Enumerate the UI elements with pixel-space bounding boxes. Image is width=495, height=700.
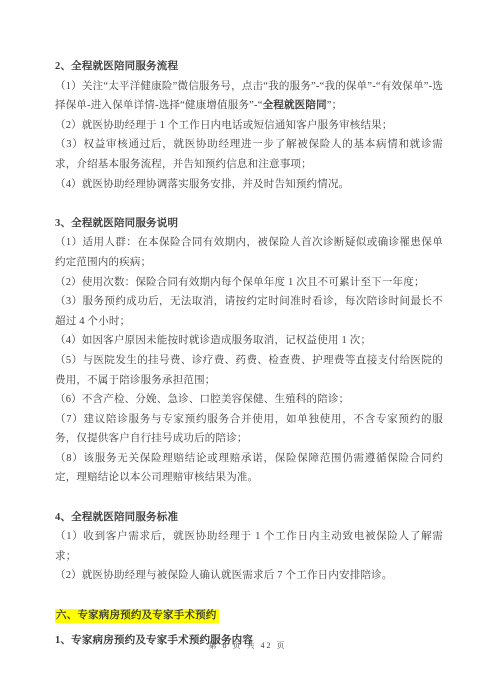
paragraph: （5）与医院发生的挂号费、诊疗费、药费、检查费、护理费等直接支付给医院的费用，不… <box>55 351 443 390</box>
text-run: （7）建议陪诊服务与专家预约服务合并使用，如单独使用，不含专家预约的服务，仅提供… <box>55 414 443 445</box>
section-heading: 3、全程就医陪同服务说明 <box>55 214 443 234</box>
paragraph: （2）就医协助经理与被保险人确认就医需求后 7 个工作日内安排陪诊。 <box>55 566 443 586</box>
section-heading: 4、全程就医陪同服务标准 <box>55 508 443 528</box>
paragraph: （2）就医协助经理于 1 个工作日内电话或短信通知客户服务审核结果； <box>55 116 443 136</box>
chapter-heading: 六、专家病房预约及专家手术预约 <box>55 606 443 626</box>
paragraph: （2）使用次数：保险合同有效期内每个保单年度 1 次且不可累计至下一年度； <box>55 273 443 293</box>
paragraph: （6）不含产检、分娩、急诊、口腔美容保健、生殖科的陪诊； <box>55 390 443 410</box>
bold-text-run: 全程就医陪同 <box>263 100 327 111</box>
document-section: 2、全程就医陪同服务流程（1）关注“太平洋健康险”微信服务号，点击“我的服务”-… <box>55 57 443 194</box>
document-section: 4、全程就医陪同服务标准（1）收到客户需求后，就医协助经理于 1 个工作日内主动… <box>55 508 443 586</box>
text-run: （2）使用次数：保险合同有效期内每个保单年度 1 次且不可累计至下一年度； <box>55 277 425 288</box>
text-run: （4）如因客户原因未能按时就诊造成服务取消，记权益使用 1 次； <box>55 335 371 346</box>
paragraph: （1）适用人群：在本保险合同有效期内，被保险人首次诊断疑似或确诊罹患保单约定范围… <box>55 233 443 272</box>
paragraph: （3）权益审核通过后，就医协助经理进一步了解被保险人的基本病情和就诊需求，介绍基… <box>55 135 443 174</box>
paragraph: （1）收到客户需求后，就医协助经理于 1 个工作日内主动致电被保险人了解需求； <box>55 527 443 566</box>
text-run: （2）就医协助经理于 1 个工作日内电话或短信通知客户服务审核结果； <box>55 120 393 131</box>
document-content: 2、全程就医陪同服务流程（1）关注“太平洋健康险”微信服务号，点击“我的服务”-… <box>55 57 443 651</box>
highlight-mark: 六、专家病房预约及专家手术预约 <box>55 609 219 623</box>
paragraph: （3）服务预约成功后，无法取消，请按约定时间准时看诊，每次陪诊时间最长不超过 4… <box>55 292 443 331</box>
paragraph: （4）如因客户原因未能按时就诊造成服务取消，记权益使用 1 次； <box>55 331 443 351</box>
text-run: （5）与医院发生的挂号费、诊疗费、药费、检查费、护理费等直接支付给医院的费用，不… <box>55 355 443 386</box>
paragraph: （7）建议陪诊服务与专家预约服务合并使用，如单独使用，不含专家预约的服务，仅提供… <box>55 410 443 449</box>
paragraph: （4）就医协助经理协调落实服务安排，并及时告知预约情况。 <box>55 175 443 195</box>
text-run: （1）适用人群：在本保险合同有效期内，被保险人首次诊断疑似或确诊罹患保单约定范围… <box>55 237 443 268</box>
text-run: （1）关注“太平洋健康险”微信服务号，点击“我的服务”-“我的保单”-“有效保单… <box>55 81 443 112</box>
paragraph: （1）关注“太平洋健康险”微信服务号，点击“我的服务”-“我的保单”-“有效保单… <box>55 77 443 116</box>
text-run: （2）就医协助经理与被保险人确认就医需求后 7 个工作日内安排陪诊。 <box>55 570 393 581</box>
text-run: ”； <box>327 100 343 111</box>
paragraph: （8）该服务无关保险理赔结论或理赔承诺，保险保障范围仍需遵循保险合同约定，理赔结… <box>55 449 443 488</box>
section-heading: 2、全程就医陪同服务流程 <box>55 57 443 77</box>
text-run: （3）权益审核通过后，就医协助经理进一步了解被保险人的基本病情和就诊需求，介绍基… <box>55 139 443 170</box>
text-run: （6）不含产检、分娩、急诊、口腔美容保健、生殖科的陪诊； <box>55 394 349 405</box>
document-page: 2、全程就医陪同服务流程（1）关注“太平洋健康险”微信服务号，点击“我的服务”-… <box>0 0 495 700</box>
document-section: 3、全程就医陪同服务说明（1）适用人群：在本保险合同有效期内，被保险人首次诊断疑… <box>55 214 443 488</box>
text-run: （8）该服务无关保险理赔结论或理赔承诺，保险保障范围仍需遵循保险合同约定，理赔结… <box>55 453 443 484</box>
text-run: （4）就医协助经理协调落实服务安排，并及时告知预约情况。 <box>55 179 349 190</box>
page-number-footer: 第 8 页 共 42 页 <box>0 640 495 651</box>
text-run: （1）收到客户需求后，就医协助经理于 1 个工作日内主动致电被保险人了解需求； <box>55 531 443 562</box>
text-run: （3）服务预约成功后，无法取消，请按约定时间准时看诊，每次陪诊时间最长不超过 4… <box>55 296 443 327</box>
